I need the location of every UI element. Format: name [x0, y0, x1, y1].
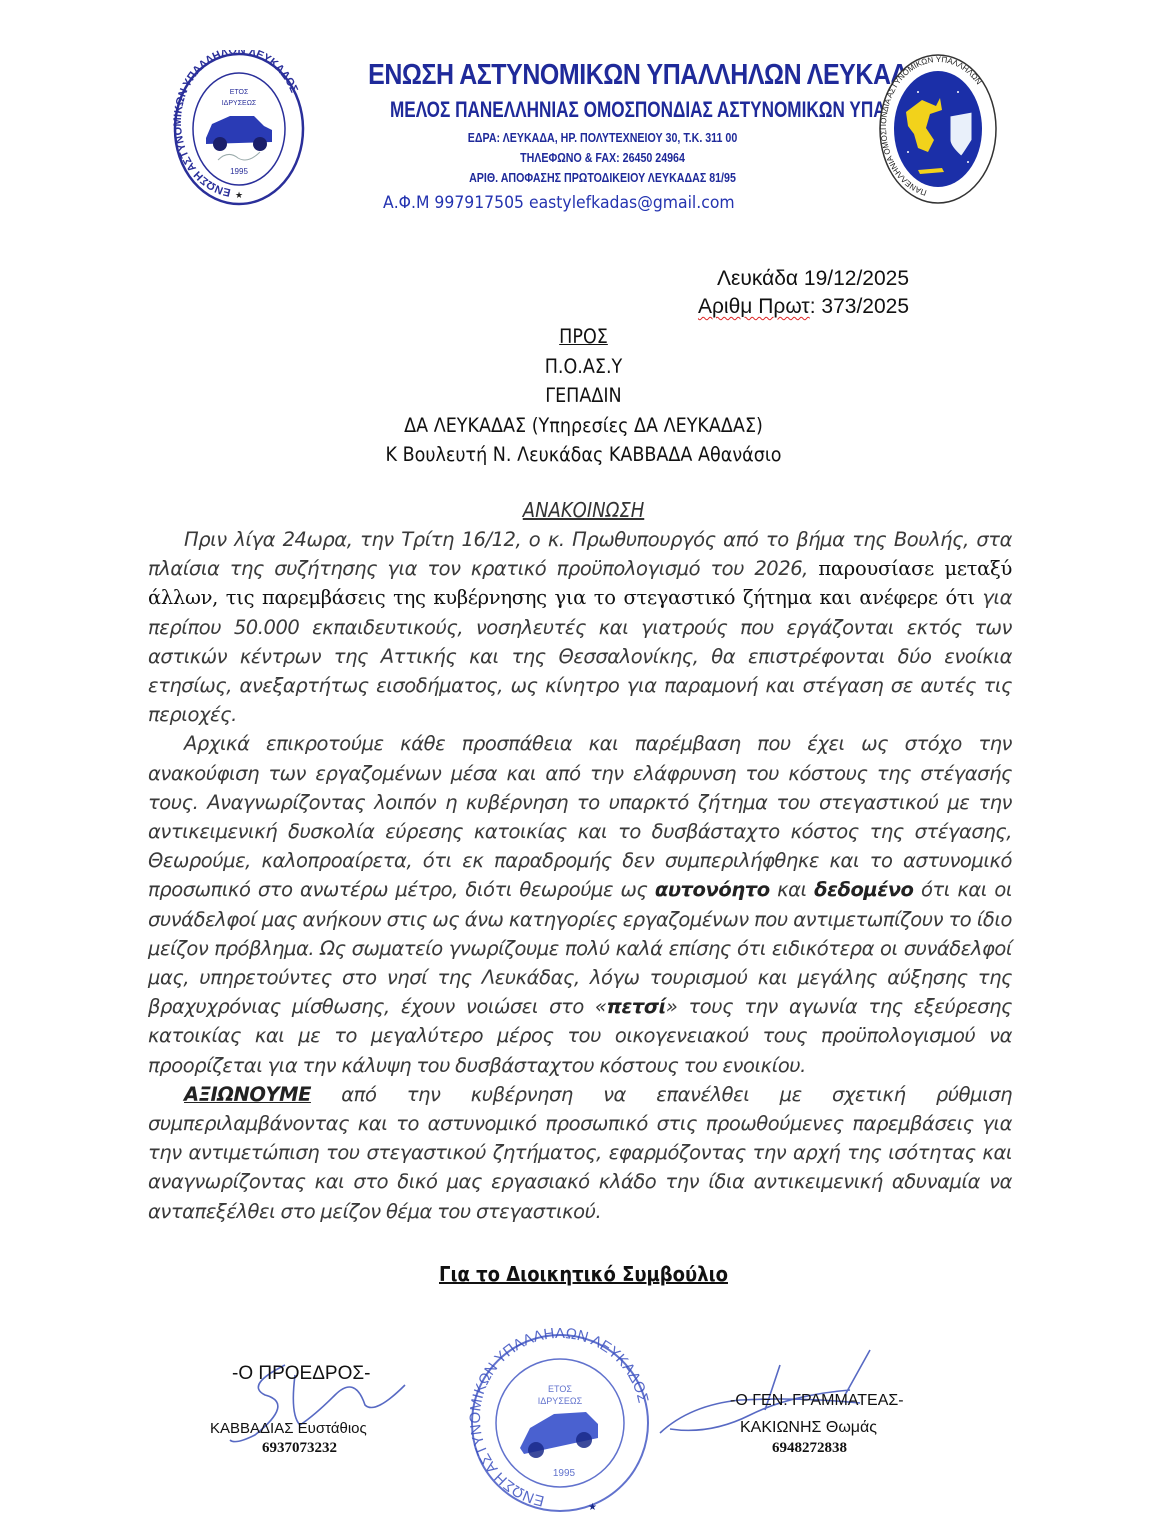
closing-line: Για το Διοικητικό Συμβούλιο: [58, 1262, 1108, 1286]
announcement-title: ΑΝΑΚΟΙΝΩΣΗ: [58, 498, 1108, 522]
document-meta: Λευκάδα 19/12/2025 Αριθμ Πρωτ: 373/2025: [698, 265, 909, 321]
svg-text:ΙΔΡΥΣΕΩΣ: ΙΔΡΥΣΕΩΣ: [222, 100, 257, 107]
svg-text:1995: 1995: [553, 1468, 576, 1479]
secretary-name: ΚΑΚΙΩΝΗΣ Θωμάς: [740, 1419, 877, 1437]
svg-text:1995: 1995: [230, 167, 248, 176]
president-name: ΚΑΒΒΑΔΙΑΣ Ευστάθιος: [210, 1420, 367, 1437]
recipients-heading: ΠΡΟΣ: [58, 322, 1108, 352]
protocol-number: Αριθμ Πρωτ: 373/2025: [698, 293, 909, 321]
recipients-block: ΠΡΟΣ Π.Ο.ΑΣ.Υ ΓΕΠΑΔΙΝ ΔΑ ΛΕΥΚΑΔΑΣ (Υπηρε…: [0, 322, 1167, 470]
union-stamp-icon: ΕΝΩΣΗ ΑΣΤΥΝΟΜΙΚΩΝ ΥΠΑΛΛΗΛΩΝ ΛΕΥΚΑΔΟΣ ΕΤΟ…: [468, 1328, 653, 1518]
letterhead: ΕΝΩΣΗ ΑΣΤΥΝΟΜΙΚΩΝ ΥΠΑΛΛΗΛΩΝ ΛΕΥΚΑΔΑΣ ΜΕΛ…: [330, 58, 875, 188]
secretary-role: -Ο ΓΕΝ. ΓΡΑΜΜΑΤΕΑΣ-: [730, 1392, 904, 1410]
org-phone: ΤΗΛΕΦΩΝΟ & FAX: 26450 24964: [379, 148, 826, 168]
org-afm-email: Α.Φ.Μ 997917505 eastylefkadas@gmail.com: [383, 193, 735, 213]
svg-text:ΕΤΟΣ: ΕΤΟΣ: [548, 1384, 572, 1394]
svg-text:★: ★: [588, 1502, 597, 1513]
recipient: Π.Ο.ΑΣ.Υ: [58, 352, 1108, 382]
svg-text:★: ★: [235, 190, 243, 200]
paragraph-2: Αρχικά επικροτούμε κάθε προσπάθεια και π…: [148, 729, 1012, 1079]
recipient: Κ Βουλευτή Ν. Λευκάδας ΚΑΒΒΑΔΑ Αθανάσιο: [58, 440, 1108, 470]
union-seal-police-car-icon: ΕΝΩΣΗ ΑΣΤΥΝΟΜΙΚΩΝ ΥΠΑΛΛΗΛΩΝ ΛΕΥΚΑΔΟΣ ΕΤΟ…: [172, 50, 307, 208]
protocol-value: : 373/2025: [810, 295, 909, 318]
org-title: ΕΝΩΣΗ ΑΣΤΥΝΟΜΙΚΩΝ ΥΠΑΛΛΗΛΩΝ ΛΕΥΚΑΔΑΣ: [368, 58, 837, 92]
president-phone: 6937073232: [262, 1440, 337, 1457]
place-date: Λευκάδα 19/12/2025: [698, 265, 909, 293]
org-address: ΕΔΡΑ: ΛΕΥΚΑΔΑ, ΗΡ. ΠΟΛΥΤΕΧΝΕΙΟΥ 30, Τ.Κ.…: [379, 128, 826, 148]
secretary-phone: 6948272838: [772, 1440, 847, 1457]
protocol-label: Αριθμ Πρωτ: [698, 295, 810, 318]
demand-emphasis: ΑΞΙΩΝΟΥΜΕ: [184, 1083, 311, 1106]
recipient: ΔΑ ΛΕΥΚΑΔΑΣ (Υπηρεσίες ΔΑ ΛΕΥΚΑΔΑΣ): [58, 411, 1108, 441]
svg-text:ΙΔΡΥΣΕΩΣ: ΙΔΡΥΣΕΩΣ: [538, 1396, 583, 1406]
president-role: -Ο ΠΡΟΕΔΡΟΣ-: [232, 1363, 370, 1385]
president-signature-icon: [205, 1345, 435, 1455]
paragraph-3: ΑΞΙΩΝΟΥΜΕ από την κυβέρνηση να επανέλθει…: [148, 1080, 1012, 1226]
svg-text:ΕΤΟΣ: ΕΤΟΣ: [230, 89, 249, 96]
recipient: ΓΕΠΑΔΙΝ: [58, 381, 1108, 411]
federation-seal-greece-map-icon: ΠΑΝΕΛΛΗΝΙΑ ΟΜΟΣΠΟΝΔΙΑ ΑΣΤΥΝΟΜΙΚΩΝ ΥΠΑΛΛΗ…: [878, 52, 998, 207]
org-subtitle: ΜΕΛΟΣ ΠΑΝΕΛΛΗΝΙΑΣ ΟΜΟΣΠΟΝΔΙΑΣ ΑΣΤΥΝΟΜΙΚΩ…: [390, 96, 815, 124]
org-court-decision: ΑΡΙΘ. ΑΠΟΦΑΣΗΣ ΠΡΩΤΟΔΙΚΕΙΟΥ ΛΕΥΚΑΔΑΣ 81/…: [379, 168, 826, 188]
paragraph-1: Πριν λίγα 24ωρα, την Τρίτη 16/12, ο κ. Π…: [148, 525, 1012, 729]
announcement-body: Πριν λίγα 24ωρα, την Τρίτη 16/12, ο κ. Π…: [148, 525, 1012, 1226]
